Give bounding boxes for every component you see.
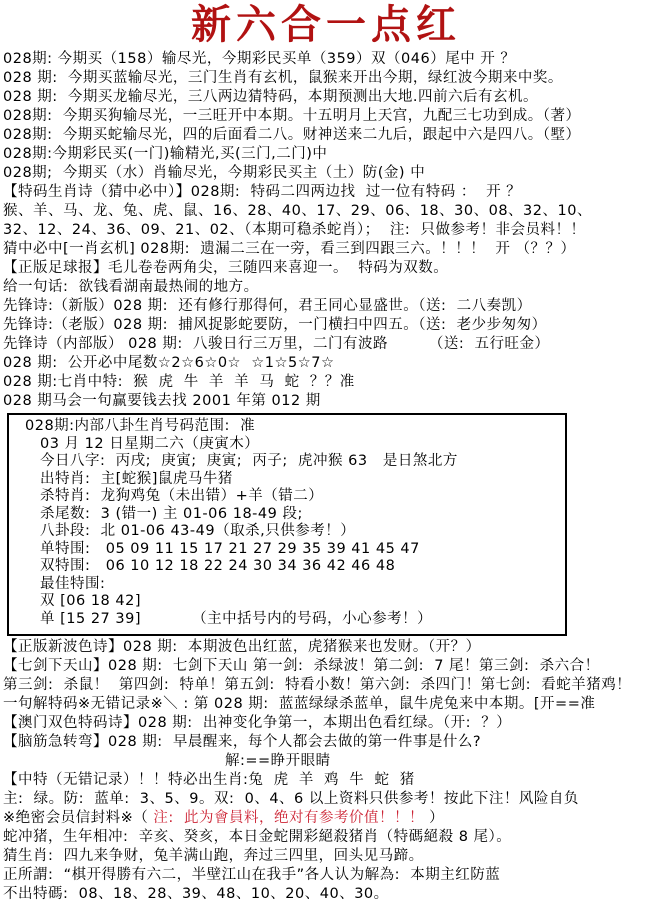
tip-line: 028期: 今期买蛇输尽光，四的后面看二八。财神送来二九后，跟起中六是四八。（墅… — [0, 126, 652, 145]
zhongte-line: 【中特（无错记录）！！特必出生肖:兔 虎 羊 鸡 牛 蛇 猪 — [0, 771, 652, 790]
tip-line: 028 期: 今期买龙输尽光，三八两边猜特码，本期预测出大地.四前六后有玄机。 — [0, 88, 652, 107]
member-envelope-red-note: 注: 此为會員料，绝对有参考价值！！！ — [153, 810, 424, 826]
bagua-box-title: 028期:内部八卦生肖号码范围: 准 — [25, 418, 561, 436]
main-guard-line: 主: 绿。防: 蓝单: 3、5、9。双: 0、4、6 以上资料只供参考！按此下注… — [0, 790, 652, 809]
tip-line: 028期: 今期买（158）输尽光，今期彩民买单（359）双（046）尾中 开 … — [0, 50, 652, 69]
seven-zodiac-line: 028 期:七肖中特: 猴 虎 牛 羊 羊 马 蛇 ？？准 — [0, 373, 652, 392]
bagua-out-zodiac-line: 出特肖: 主[蛇猴]鼠虎马牛猪 — [25, 471, 561, 489]
member-envelope-prefix: ※绝密会员信封料※（ — [3, 810, 153, 826]
sentence-solve-line: 一句解特码※无错记录※＼ : 第 028 期: 蓝蓝绿绿杀蓝单，鼠牛虎兔来中本期… — [0, 695, 652, 714]
tip-line: 028期:今期彩民买(一门)输精光,买(三门,二门)中 — [0, 145, 652, 164]
tip-sheet-page: 新六合一点红 028期: 今期买（158）输尽光，今期彩民买单（359）双（04… — [0, 0, 652, 906]
mahui-line: 028 期马会一句赢要钱去找 2001 年第 012 期 — [0, 392, 652, 411]
bagua-odd-best-line: 单 [15 27 39] （主中括号内的号码，小心参考！） — [25, 611, 561, 629]
bagua-bazi-line: 今日八字: 丙戌; 庚寅; 庚寅; 丙子; 虎冲猴 63 是日煞北方 — [25, 453, 561, 471]
tail-numbers-line: 028 期: 公开必中尾数☆2☆6☆0☆ ☆1☆5☆7☆ — [0, 354, 652, 373]
bagua-even-best-line: 双 [06 18 42] — [25, 593, 561, 611]
one-sentence-line: 给一句话: 欲钱看湖南最热闹的地方。 — [0, 278, 652, 297]
tip-line: 028 期: 今期买蓝输尽光，三门生肖有玄机，鼠猴来开出今期，绿红波今期来中奖。 — [0, 69, 652, 88]
tip-line: 028期; 今期买（水）肖输尽光，今期彩民买主（土）防(金) 中 — [0, 164, 652, 183]
member-envelope-line: ※绝密会员信封料※（ 注: 此为會員料，绝对有参考价值！！！ ） — [0, 809, 652, 828]
tip-line: 028期: 今期买狗输尽光，一三旺开中本期。十五明月上天宫，九配三七功到成。（著… — [0, 107, 652, 126]
special-poem-header: 【特码生肖诗（猜中必中）】028期: 特码二四两边找 过一位有特码 ： 开 ？ — [0, 183, 652, 202]
bagua-kill-zodiac-line: 杀特肖: 龙狗鸡兔（未出错）+羊（错二） — [25, 488, 561, 506]
member-envelope-suffix: ） — [424, 810, 444, 826]
snake-clash-line: 蛇冲猪，生年相冲: 辛亥、癸亥，本日金蛇開彩絕殺猪肖（特碼絕殺 8 尾）。 — [0, 828, 652, 847]
special-poem-row1: 猴、羊、马、龙、兔、虎、鼠、16、28、40、17、29、06、18、30、08… — [0, 202, 652, 221]
bagua-best-range-label: 最佳特围: — [25, 576, 561, 594]
not-out-numbers-line: 不出特碼: 08、18、28、39、48、10、20、40、30。 — [0, 885, 652, 904]
bagua-segment-line: 八卦段: 北 01-06 43-49（取杀,只供参考！） — [25, 523, 561, 541]
football-report-line: 【正版足球报】毛儿卷卷两角尖，三随四来喜迎一。 特码为双数。 — [0, 259, 652, 278]
bagua-odd-range-line: 单特围: 05 09 11 15 17 21 27 29 35 39 41 45… — [25, 541, 561, 559]
bagua-even-range-line: 双特围: 06 10 12 18 22 24 30 34 36 42 46 48 — [25, 558, 561, 576]
so-called-line: 正所謂: “棋开得勝有六二，半壁江山在我手”各人认为解為: 本期主红防蓝 — [0, 866, 652, 885]
special-poem-row2: 32、12、24、36、09、21、02、（本期可稳杀蛇肖）； 注: 只做参考！… — [0, 221, 652, 240]
brain-teaser-line: 【脑筋急转弯】028 期: 早晨醒来，每个人都会去做的第一件事是什么? — [0, 733, 652, 752]
bagua-kill-tail-line: 杀尾数: 3 (错一) 主 01-06 18-49 段; — [25, 506, 561, 524]
seven-swords-line1: 【七剑下天山】028 期: 七剑下天山 第一剑: 杀绿波！第二剑: 7 尾！第三… — [0, 657, 652, 676]
brain-teaser-answer: 解:==睁开眼睛 — [0, 752, 652, 771]
page-title: 新六合一点红 — [0, 0, 652, 50]
seven-swords-line2: 第三剑: 杀鼠！ 第四剑: 特单！第五剑: 特看小数！第六剑: 杀四门！第七剑:… — [0, 676, 652, 695]
wave-color-poem-line: 【正版新波色诗】028 期: 本期波色出红蓝，虎猪猴来也发财。（开？） — [0, 638, 652, 657]
pioneer-poem-new: 先锋诗:（新版）028 期: 还有修行那得何，君王同心显盛世。（送: 二八奏凯） — [0, 297, 652, 316]
guess-zodiac-line: 猜生肖: 四九来争财，兔羊满山跑，奔过三四里，回头见马蹄。 — [0, 847, 652, 866]
macau-poem-line: 【澳门双色特码诗】028 期: 出神变化争第一，本期出色看红绿。（开: ？） — [0, 714, 652, 733]
pioneer-poem-old: 先锋诗:（老版）028 期: 捕风捉影蛇要防，一门横扫中四五。（送: 老少步匆匆… — [0, 316, 652, 335]
yixiao-line: 猜中必中[一肖玄机] 028期: 遗漏二三在一旁，看三到四跟三六。！！！ 开 （… — [0, 240, 652, 259]
bagua-date-line: 03 月 12 日星期二六（庚寅木） — [25, 436, 561, 454]
bagua-range-box: 028期:内部八卦生肖号码范围: 准 03 月 12 日星期二六（庚寅木） 今日… — [7, 413, 567, 636]
pioneer-poem-internal: 先锋诗（内部版） 028 期: 八骏日行三万里，二门有波路 （送: 五行旺金） — [0, 335, 652, 354]
